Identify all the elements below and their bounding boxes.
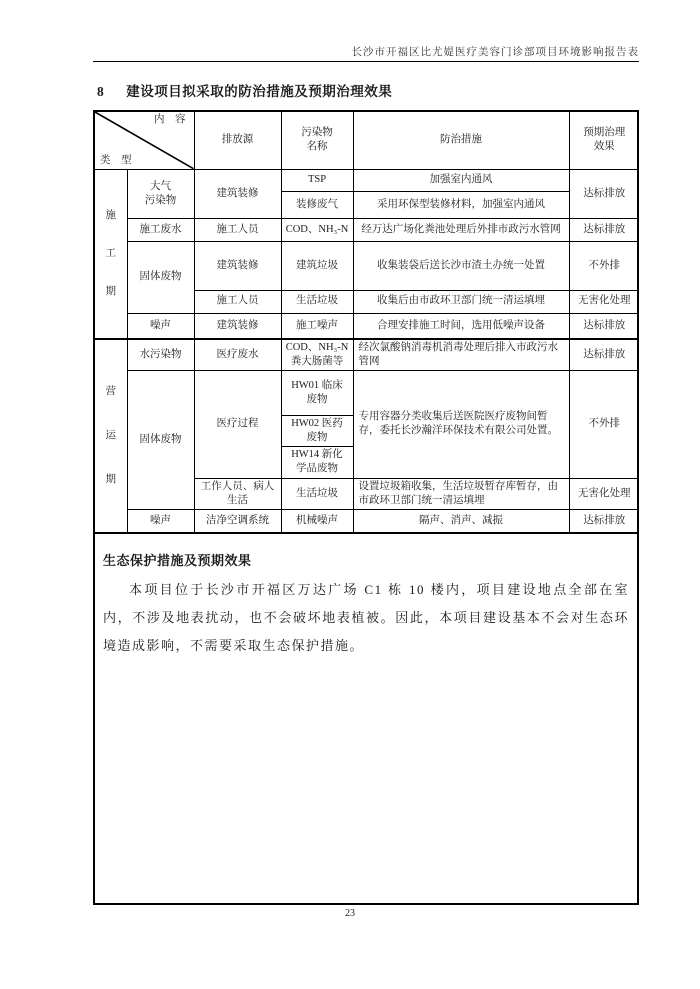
cell-odomestic-measure: 设置垃圾箱收集，生活垃圾暂存库暂存，由市政环卫部门统一清运填埋 xyxy=(353,478,569,509)
cell-onoise-pollutant: 机械噪声 xyxy=(281,509,353,532)
cell-medical-pollutant-hw01: HW01 临床 废物 xyxy=(281,371,353,415)
cell-cnoise-effect: 达标排放 xyxy=(569,313,639,339)
cell-onoise-source: 洁净空调系统 xyxy=(194,509,281,532)
cell-water-measure: 经次氯酸钠消毒机消毒处理后排入市政污水管网 xyxy=(353,339,569,371)
eco-paragraph: 本项目位于长沙市开福区万达广场 C1 栋 10 楼内，项目建设地点全部在室内，不… xyxy=(103,576,629,660)
cell-cnoise-source: 建筑装修 xyxy=(194,313,281,339)
corner-type-label: 类 型 xyxy=(100,154,132,168)
cell-water-effect: 达标排放 xyxy=(569,339,639,371)
cell-debris-source: 建筑装修 xyxy=(194,241,281,290)
cell-cdomestic-source: 施工人员 xyxy=(194,290,281,313)
cell-wastewater-pollutant: COD、NH₃-N xyxy=(281,218,353,241)
cell-period-construction: 施工期 xyxy=(95,169,127,339)
cell-wastewater-measure: 经万达广场化粪池处理后外排市政污水管网 xyxy=(353,218,569,241)
row-construction-noise: 噪声 建筑装修 施工噪声 合理安排施工时间，选用低噪声设备 达标排放 xyxy=(95,313,639,339)
cell-air-pollutant-gas: 装修废气 xyxy=(281,191,353,218)
period-construction-label: 施工期 xyxy=(97,185,125,323)
cell-category-water: 水污染物 xyxy=(127,339,194,371)
section-number: 8 xyxy=(97,84,104,99)
row-construction-wastewater: 施工废水 施工人员 COD、NH₃-N 经万达广场化粪池处理后外排市政污水管网 … xyxy=(95,218,639,241)
cell-cnoise-measure: 合理安排施工时间，选用低噪声设备 xyxy=(353,313,569,339)
cell-odomestic-source: 工作人员、病人 生活 xyxy=(194,478,281,509)
cell-onoise-measure: 隔声、消声、减振 xyxy=(353,509,569,532)
cell-category-solid-operation: 固体废物 xyxy=(127,371,194,510)
row-construction-tsp: 施工期 大气 污染物 建筑装修 TSP 加强室内通风 达标排放 xyxy=(95,169,639,191)
cell-medical-measure: 专用容器分类收集后送医院医疗废物间暂存，委托长沙瀚洋环保技术有限公司处置。 xyxy=(353,371,569,478)
section-title-text: 建设项目拟采取的防治措施及预期治理效果 xyxy=(126,84,392,99)
cell-wastewater-source: 施工人员 xyxy=(194,218,281,241)
measures-table: 内 容 类 型 排放源 污染物 名称 防治措施 预期治理 效果 施工期 大气 污… xyxy=(95,112,639,532)
cell-onoise-effect: 达标排放 xyxy=(569,509,639,532)
cell-period-operation: 营运期 xyxy=(95,339,127,532)
cell-air-measure-gas: 采用环保型装修材料，加强室内通风 xyxy=(353,191,569,218)
row-operation-hw01: 固体废物 医疗过程 HW01 临床 废物 专用容器分类收集后送医院医疗废物间暂存… xyxy=(95,371,639,415)
cell-category-solid-construction: 固体废物 xyxy=(127,241,194,313)
header-source: 排放源 xyxy=(194,112,281,169)
cell-debris-effect: 不外排 xyxy=(569,241,639,290)
corner-content-label: 内 容 xyxy=(154,113,186,127)
period-operation-label: 营运期 xyxy=(97,355,125,517)
cell-odomestic-pollutant: 生活垃圾 xyxy=(281,478,353,509)
cell-air-measure-tsp: 加强室内通风 xyxy=(353,169,569,191)
header-effect: 预期治理 效果 xyxy=(569,112,639,169)
header-pollutant: 污染物 名称 xyxy=(281,112,353,169)
header-measure: 防治措施 xyxy=(353,112,569,169)
header-divider xyxy=(93,61,639,62)
cell-cdomestic-effect: 无害化处理 xyxy=(569,290,639,313)
cell-medical-pollutant-hw14: HW14 新化 学品废物 xyxy=(281,447,353,478)
cell-category-noise-operation: 噪声 xyxy=(127,509,194,532)
cell-medical-source: 医疗过程 xyxy=(194,371,281,478)
cell-air-source: 建筑装修 xyxy=(194,169,281,218)
section-heading: 8建设项目拟采取的防治措施及预期治理效果 xyxy=(97,80,392,100)
cell-air-pollutant-tsp: TSP xyxy=(281,169,353,191)
cell-cdomestic-pollutant: 生活垃圾 xyxy=(281,290,353,313)
eco-heading: 生态保护措施及预期效果 xyxy=(103,550,629,569)
table-header-row: 内 容 类 型 排放源 污染物 名称 防治措施 预期治理 效果 xyxy=(95,112,639,169)
cell-medical-pollutant-hw02: HW02 医药 废物 xyxy=(281,415,353,446)
cell-debris-measure: 收集装袋后送长沙市渣土办统一处置 xyxy=(353,241,569,290)
document-header-title: 长沙市开福区比尤媞医疗美容门诊部项目环境影响报告表 xyxy=(352,44,640,59)
document-page: 长沙市开福区比尤媞医疗美容门诊部项目环境影响报告表 8建设项目拟采取的防治措施及… xyxy=(0,0,700,989)
cell-water-source: 医疗废水 xyxy=(194,339,281,371)
corner-cell: 内 容 类 型 xyxy=(95,112,194,169)
cell-odomestic-effect: 无害化处理 xyxy=(569,478,639,509)
cell-air-effect: 达标排放 xyxy=(569,169,639,218)
cell-wastewater-effect: 达标排放 xyxy=(569,218,639,241)
eco-section: 生态保护措施及预期效果 本项目位于长沙市开福区万达广场 C1 栋 10 楼内，项… xyxy=(95,532,637,660)
cell-category-air: 大气 污染物 xyxy=(127,169,194,218)
cell-category-wastewater: 施工废水 xyxy=(127,218,194,241)
cell-medical-effect: 不外排 xyxy=(569,371,639,478)
row-operation-noise: 噪声 洁净空调系统 机械噪声 隔声、消声、减振 达标排放 xyxy=(95,509,639,532)
cell-cdomestic-measure: 收集后由市政环卫部门统一清运填埋 xyxy=(353,290,569,313)
page-number: 23 xyxy=(0,908,700,919)
content-box: 内 容 类 型 排放源 污染物 名称 防治措施 预期治理 效果 施工期 大气 污… xyxy=(93,110,639,905)
cell-cnoise-pollutant: 施工噪声 xyxy=(281,313,353,339)
cell-category-noise-construction: 噪声 xyxy=(127,313,194,339)
row-operation-water: 营运期 水污染物 医疗废水 COD、NH₃-N 粪大肠菌等 经次氯酸钠消毒机消毒… xyxy=(95,339,639,371)
cell-water-pollutant: COD、NH₃-N 粪大肠菌等 xyxy=(281,339,353,371)
cell-debris-pollutant: 建筑垃圾 xyxy=(281,241,353,290)
row-construction-debris: 固体废物 建筑装修 建筑垃圾 收集装袋后送长沙市渣土办统一处置 不外排 xyxy=(95,241,639,290)
